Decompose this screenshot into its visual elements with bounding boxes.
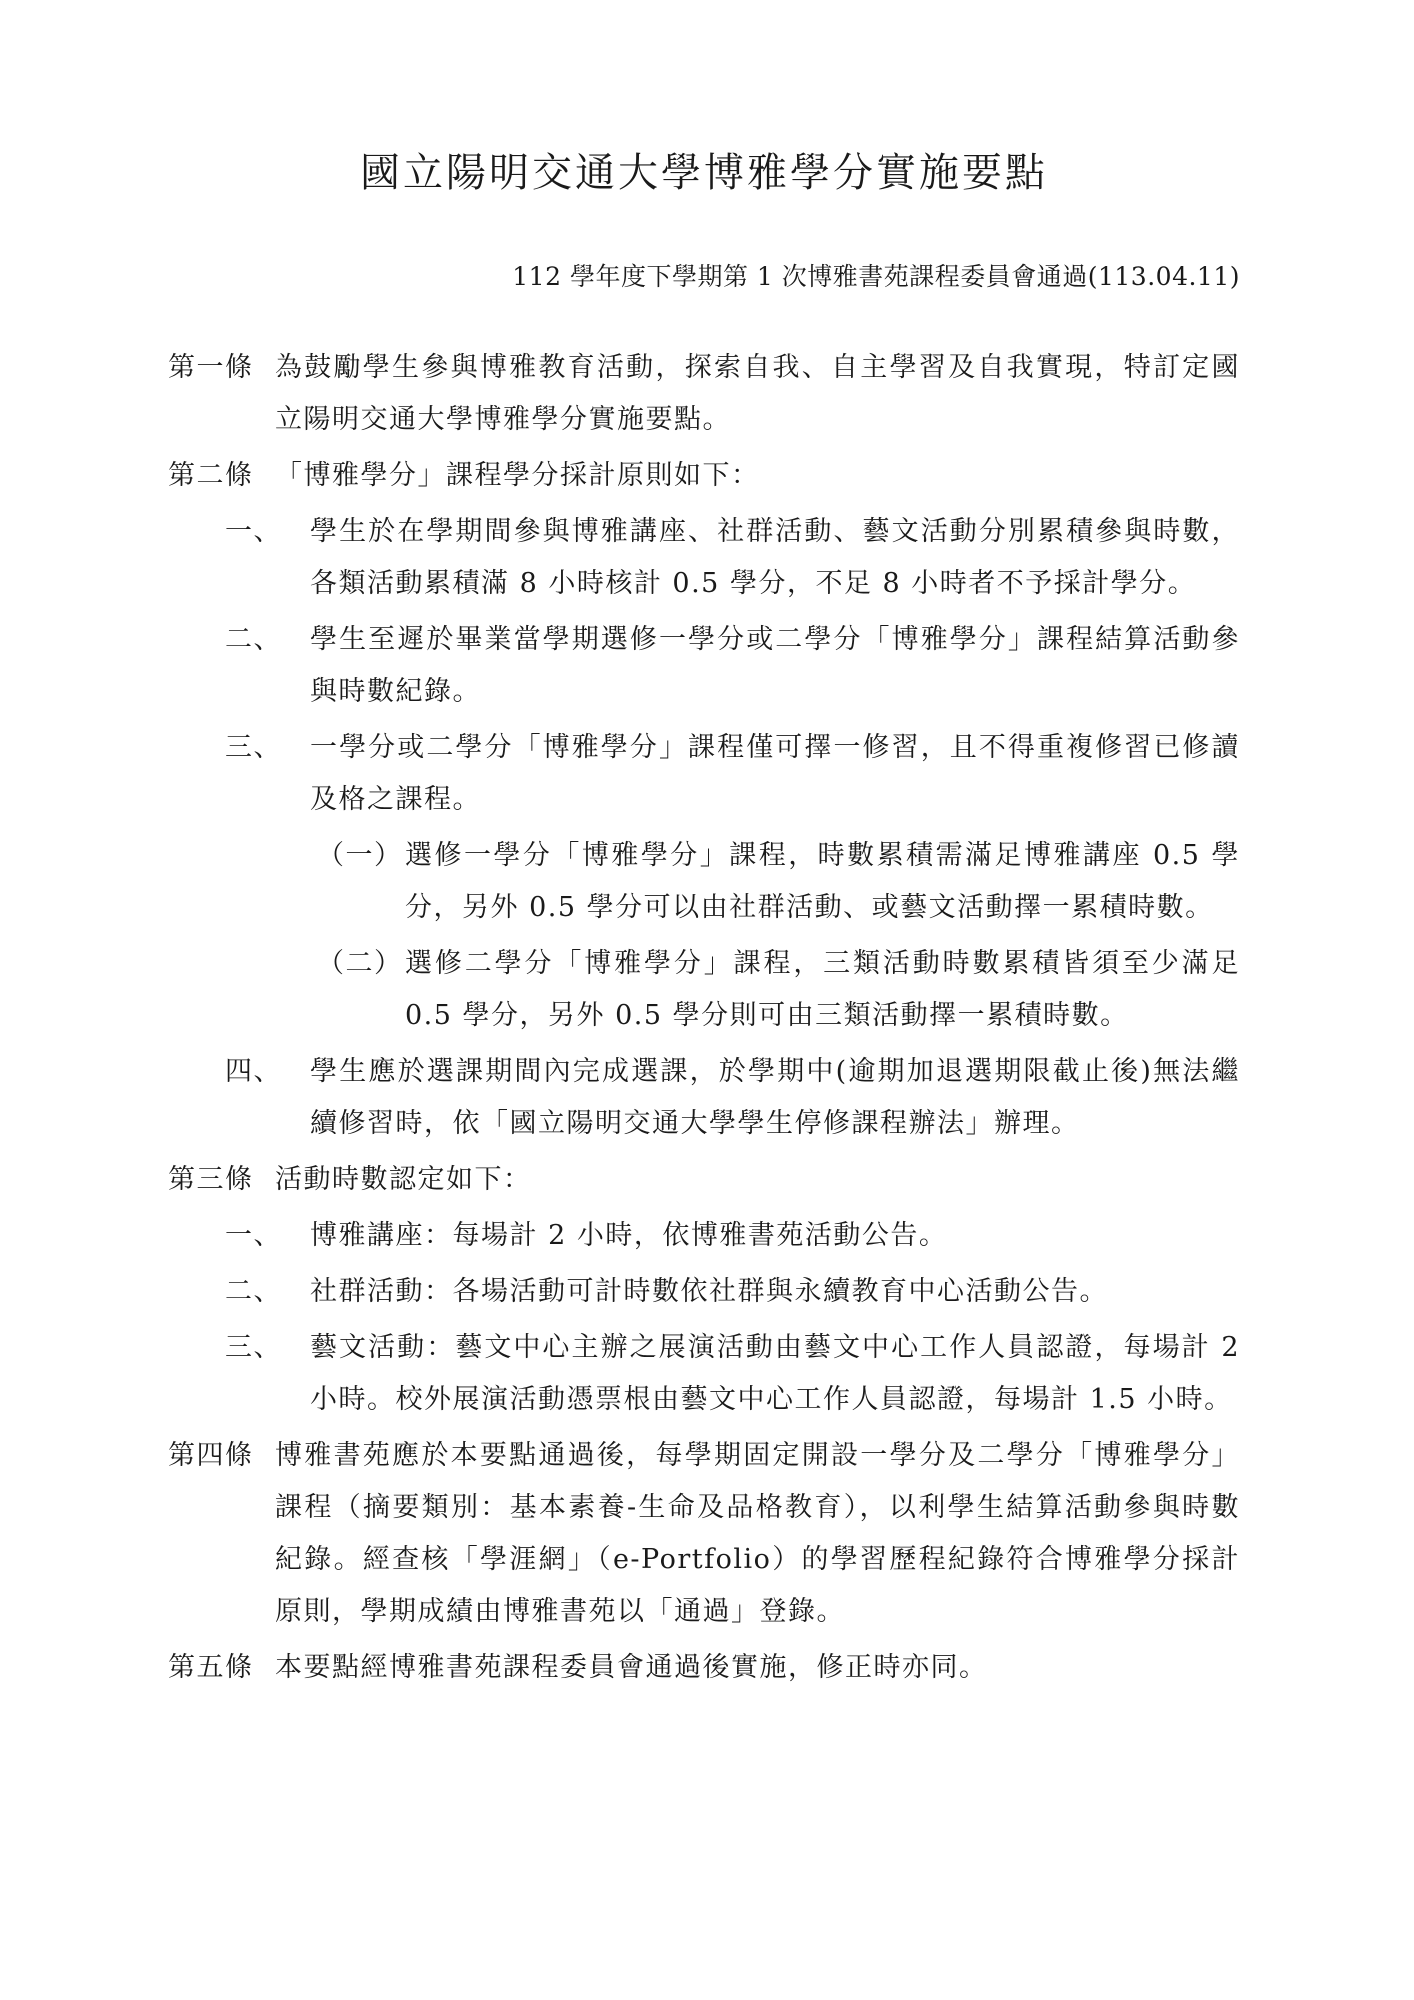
item-number: 一、 bbox=[225, 506, 310, 558]
list-item: 二、 學生至遲於畢業當學期選修一學分或二學分「博雅學分」課程結算活動參與時數紀錄… bbox=[225, 614, 1240, 718]
article-number: 第五條 bbox=[168, 1642, 275, 1694]
item-number: 一、 bbox=[225, 1210, 310, 1262]
item-text: 學生至遲於畢業當學期選修一學分或二學分「博雅學分」課程結算活動參與時數紀錄。 bbox=[310, 614, 1240, 718]
article-text: 博雅書苑應於本要點通過後，每學期固定開設一學分及二學分「博雅學分」課程（摘要類別… bbox=[275, 1430, 1240, 1638]
item-text: 一學分或二學分「博雅學分」課程僅可擇一修習，且不得重複修習已修讀及格之課程。 bbox=[310, 722, 1240, 826]
article-4: 第四條 博雅書苑應於本要點通過後，每學期固定開設一學分及二學分「博雅學分」課程（… bbox=[168, 1430, 1240, 1638]
document-title: 國立陽明交通大學博雅學分實施要點 bbox=[168, 150, 1240, 196]
item-number: 二、 bbox=[225, 614, 310, 666]
sub-list-item: （一） 選修一學分「博雅學分」課程，時數累積需滿足博雅講座 0.5 學分，另外 … bbox=[317, 830, 1240, 934]
list-item: 四、 學生應於選課期間內完成選課，於學期中(逾期加退選期限截止後)無法繼續修習時… bbox=[225, 1046, 1240, 1150]
document-body: 第一條 為鼓勵學生參與博雅教育活動，探索自我、自主學習及自我實現，特訂定國立陽明… bbox=[168, 342, 1240, 1694]
item-number: 三、 bbox=[225, 1322, 310, 1374]
article-number: 第三條 bbox=[168, 1154, 275, 1206]
article-text: 本要點經博雅書苑課程委員會通過後實施，修正時亦同。 bbox=[275, 1642, 1240, 1694]
subitem-number: （二） bbox=[317, 938, 405, 990]
article-number: 第四條 bbox=[168, 1430, 275, 1482]
sub-list-item: （二） 選修二學分「博雅學分」課程，三類活動時數累積皆須至少滿足 0.5 學分，… bbox=[317, 938, 1240, 1042]
list-item: 一、 博雅講座：每場計 2 小時，依博雅書苑活動公告。 bbox=[225, 1210, 1240, 1262]
item-number: 四、 bbox=[225, 1046, 310, 1098]
item-text: 學生於在學期間參與博雅講座、社群活動、藝文活動分別累積參與時數，各類活動累積滿 … bbox=[310, 506, 1240, 610]
subitem-text: 選修一學分「博雅學分」課程，時數累積需滿足博雅講座 0.5 學分，另外 0.5 … bbox=[405, 830, 1240, 934]
article-number: 第一條 bbox=[168, 342, 275, 394]
list-item: 二、 社群活動：各場活動可計時數依社群與永續教育中心活動公告。 bbox=[225, 1266, 1240, 1318]
approval-note: 112 學年度下學期第 1 次博雅書苑課程委員會通過(113.04.11) bbox=[168, 260, 1240, 294]
document-page: 國立陽明交通大學博雅學分實施要點 112 學年度下學期第 1 次博雅書苑課程委員… bbox=[0, 0, 1414, 1694]
article-3: 第三條 活動時數認定如下： bbox=[168, 1154, 1240, 1206]
item-text: 社群活動：各場活動可計時數依社群與永續教育中心活動公告。 bbox=[310, 1266, 1240, 1318]
item-text: 藝文活動：藝文中心主辦之展演活動由藝文中心工作人員認證，每場計 2 小時。校外展… bbox=[310, 1322, 1240, 1426]
item-text: 博雅講座：每場計 2 小時，依博雅書苑活動公告。 bbox=[310, 1210, 1240, 1262]
article-text: 活動時數認定如下： bbox=[275, 1154, 1240, 1206]
list-item: 三、 一學分或二學分「博雅學分」課程僅可擇一修習，且不得重複修習已修讀及格之課程… bbox=[225, 722, 1240, 826]
item-number: 二、 bbox=[225, 1266, 310, 1318]
subitem-number: （一） bbox=[317, 830, 405, 882]
article-text: 「博雅學分」課程學分採計原則如下： bbox=[275, 450, 1240, 502]
article-2: 第二條 「博雅學分」課程學分採計原則如下： bbox=[168, 450, 1240, 502]
subitem-text: 選修二學分「博雅學分」課程，三類活動時數累積皆須至少滿足 0.5 學分，另外 0… bbox=[405, 938, 1240, 1042]
list-item: 一、 學生於在學期間參與博雅講座、社群活動、藝文活動分別累積參與時數，各類活動累… bbox=[225, 506, 1240, 610]
article-5: 第五條 本要點經博雅書苑課程委員會通過後實施，修正時亦同。 bbox=[168, 1642, 1240, 1694]
item-text: 學生應於選課期間內完成選課，於學期中(逾期加退選期限截止後)無法繼續修習時，依「… bbox=[310, 1046, 1240, 1150]
list-item: 三、 藝文活動：藝文中心主辦之展演活動由藝文中心工作人員認證，每場計 2 小時。… bbox=[225, 1322, 1240, 1426]
item-number: 三、 bbox=[225, 722, 310, 774]
article-1: 第一條 為鼓勵學生參與博雅教育活動，探索自我、自主學習及自我實現，特訂定國立陽明… bbox=[168, 342, 1240, 446]
article-number: 第二條 bbox=[168, 450, 275, 502]
article-text: 為鼓勵學生參與博雅教育活動，探索自我、自主學習及自我實現，特訂定國立陽明交通大學… bbox=[275, 342, 1240, 446]
